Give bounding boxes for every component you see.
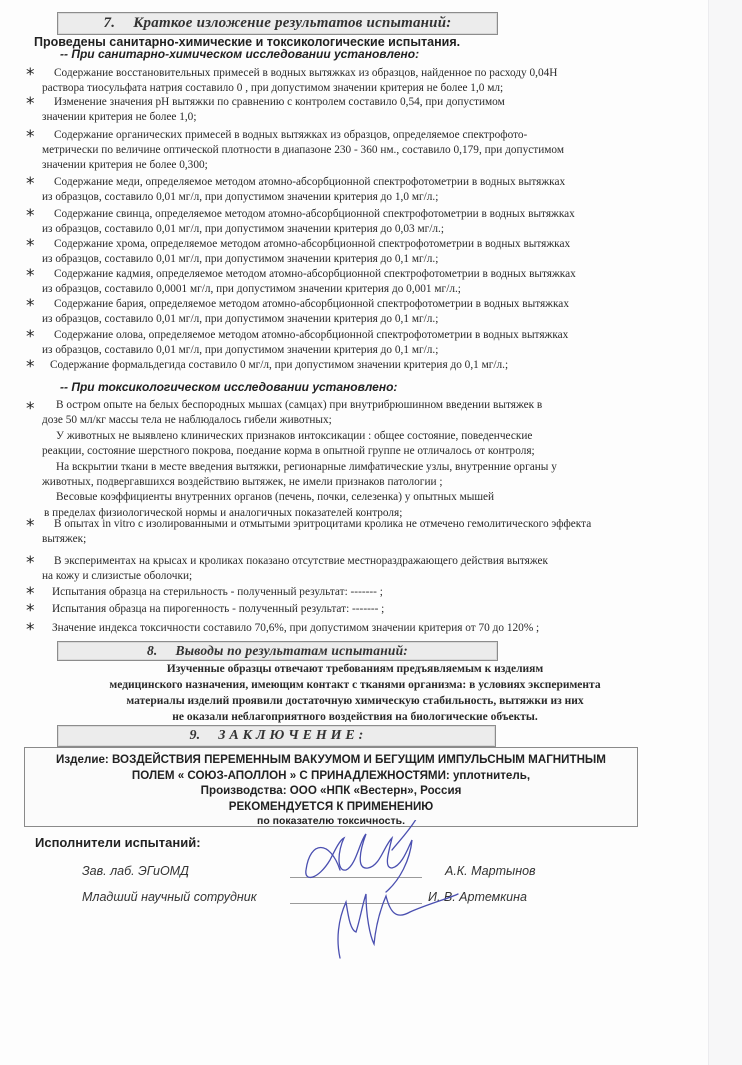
tox-line: У животных не выявлено клинических призн… [56, 429, 532, 443]
signer-1-role: Зав. лаб. ЭГиОМД [82, 864, 189, 878]
page-edge [708, 0, 742, 1065]
tox-line: Весовые коэффициенты внутренних органов … [56, 490, 494, 504]
finding-line: из образцов, составило 0,01 мг/л, при до… [42, 312, 438, 326]
tox-item-line: В опытах in vitro с изолированными и отм… [54, 517, 591, 531]
tox-item-line: В экспериментах на крысах и кроликах пок… [54, 554, 548, 568]
finding-line: из образцов, составило 0,01 мг/л, при до… [42, 222, 444, 236]
finding-line: Содержание хрома, определяемое методом а… [54, 237, 570, 251]
bullet-star-icon: * [26, 130, 35, 144]
bullet-star-icon: * [26, 556, 35, 570]
bullet-star-icon: * [26, 177, 35, 191]
tox-line: На вскрытии ткани в месте введения вытяж… [56, 460, 557, 474]
conclusion-box: Изделие: ВОЗДЕЙСТВИЯ ПЕРЕМЕННЫМ ВАКУУМОМ… [24, 747, 638, 827]
bullet-star-icon: * [26, 402, 35, 416]
finding-line: Содержание формальдегида составило 0 мг/… [50, 358, 508, 372]
finding-line: значении критерия не более 1,0; [42, 110, 196, 124]
bullet-star-icon: * [26, 239, 35, 253]
finding-line: Содержание меди, определяемое методом ат… [54, 175, 565, 189]
section-8-number: 8. [147, 643, 158, 658]
bullet-star-icon: * [26, 623, 35, 637]
finding-line: из образцов, составило 0,01 мг/л, при до… [42, 343, 438, 357]
finding-line: Содержание кадмия, определяемое методом … [54, 267, 576, 281]
tox-item-line: Испытания образца на пирогенность - полу… [52, 602, 384, 616]
conclusion-recommendation: РЕКОМЕНДУЕТСЯ К ПРИМЕНЕНИЮ [25, 799, 637, 815]
section-9-number: 9. [189, 728, 200, 743]
finding-line: Изменение значения pH вытяжки по сравнен… [54, 95, 505, 109]
finding-line: Содержание олова, определяемое методом а… [54, 328, 568, 342]
conclusions-line: материалы изделий проявили достаточную х… [80, 694, 630, 708]
conclusion-product: Изделие: ВОЗДЕЙСТВИЯ ПЕРЕМЕННЫМ ВАКУУМОМ… [25, 752, 637, 768]
tox-item-line: Значение индекса токсичности составило 7… [52, 621, 539, 635]
signatures-heading: Исполнители испытаний: [35, 836, 201, 850]
section-7-number: 7. [104, 15, 116, 31]
tox-line: реакции, состояние шерстного покрова, по… [42, 444, 535, 458]
bullet-star-icon: * [26, 330, 35, 344]
tox-line: В остром опыте на белых беспородных мыша… [56, 398, 542, 412]
bullet-star-icon: * [26, 209, 35, 223]
bullet-star-icon: * [26, 97, 35, 111]
bullet-star-icon: * [26, 360, 35, 374]
finding-line: Содержание органических примесей в водны… [54, 128, 527, 142]
tox-line: животных, подвергавшихся воздействию выт… [42, 475, 443, 489]
bullet-star-icon: * [26, 299, 35, 313]
finding-line: раствора тиосульфата натрия составило 0 … [42, 81, 503, 95]
conclusion-product-cont: ПОЛЕМ « СОЮЗ-АПОЛЛОН » С ПРИНАДЛЕЖНОСТЯМ… [25, 768, 637, 784]
section-9-title: З А К Л Ю Ч Е Н И Е : [218, 728, 363, 743]
handwritten-signatures [300, 820, 460, 960]
conclusion-manufacturer: Производства: ООО «НПК «Вестерн», Россия [25, 783, 637, 799]
tox-item-line: Испытания образца на стерильность - полу… [52, 585, 383, 599]
conclusions-line: Изученные образцы отвечают требованиям п… [80, 662, 630, 676]
bullet-star-icon: * [26, 604, 35, 618]
bullet-star-icon: * [26, 519, 35, 533]
tox-item-line: вытяжек; [42, 532, 86, 546]
tox-line: дозе 50 мл/кг массы тела не наблюдалось … [42, 413, 332, 427]
bullet-star-icon: * [26, 587, 35, 601]
finding-line: из образцов, составило 0,01 мг/л, при до… [42, 252, 438, 266]
finding-line: Содержание восстановительных примесей в … [54, 66, 557, 80]
conclusions-line: не оказали неблагоприятного воздействия … [80, 710, 630, 724]
finding-line: из образцов, составило 0,01 мг/л, при до… [42, 190, 438, 204]
finding-line: значении критерия не более 0,300; [42, 158, 208, 172]
finding-line: из образцов, составило 0,0001 мг/л, при … [42, 282, 461, 296]
section-7-header: 7.Краткое изложение результатов испытани… [57, 12, 498, 35]
signer-2-role: Младший научный сотрудник [82, 890, 257, 904]
section-7-title: Краткое изложение результатов испытаний: [133, 15, 451, 31]
finding-line: Содержание бария, определяемое методом а… [54, 297, 569, 311]
finding-line: Содержание свинца, определяемое методом … [54, 207, 575, 221]
bullet-star-icon: * [26, 269, 35, 283]
section-8-title: Выводы по результатам испытаний: [176, 643, 409, 658]
section-8-header: 8.Выводы по результатам испытаний: [57, 641, 498, 661]
tox-heading: -- При токсикологическом исследовании ус… [60, 380, 397, 394]
bullet-star-icon: * [26, 68, 35, 82]
conclusions-line: медицинского назначения, имеющим контакт… [80, 678, 630, 692]
sanchem-heading: -- При санитарно-химическом исследовании… [60, 47, 419, 61]
finding-line: метрически по величине оптической плотно… [42, 143, 564, 157]
section-9-header: 9.З А К Л Ю Ч Е Н И Е : [57, 725, 496, 747]
tox-item-line: на кожу и слизистые оболочки; [42, 569, 192, 583]
